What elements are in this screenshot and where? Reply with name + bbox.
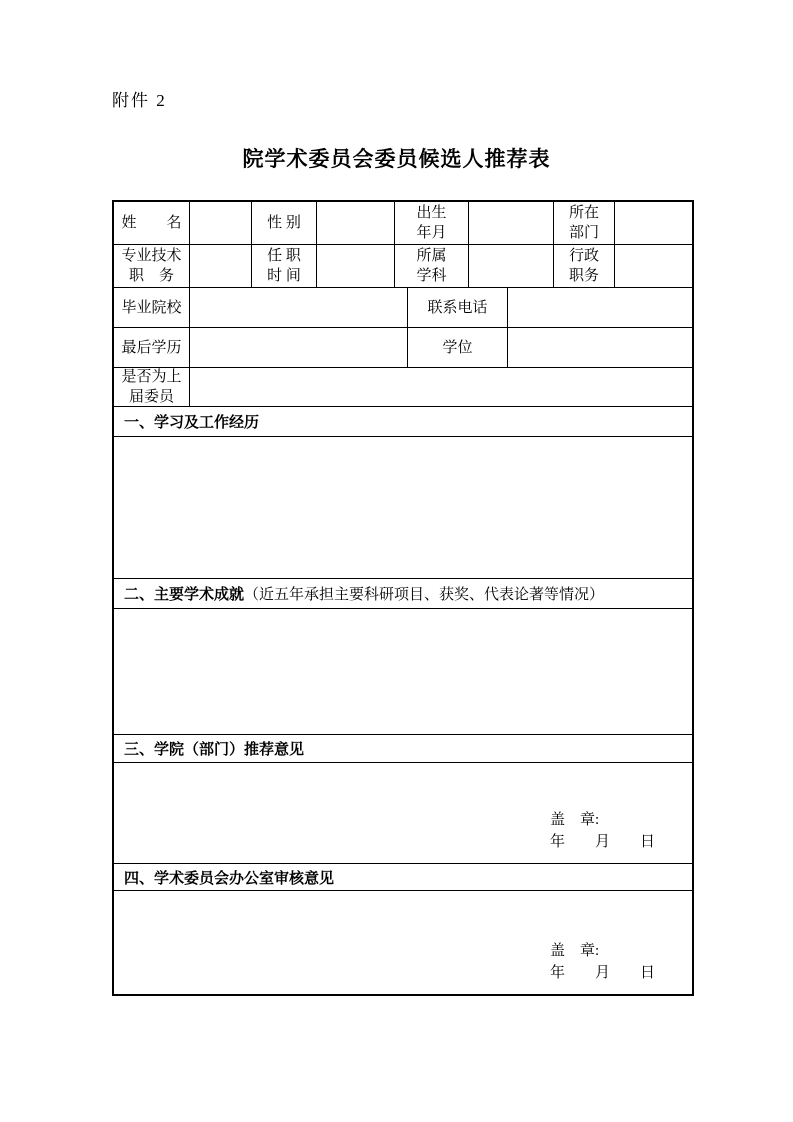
section-3-title: 三、学院（部门）推荐意见 bbox=[124, 738, 304, 759]
previous-member-label: 是否为上 届委员 bbox=[114, 368, 190, 406]
section-2-body[interactable] bbox=[114, 609, 692, 735]
tenure-time-value-cell[interactable] bbox=[317, 245, 395, 287]
last-degree-value-cell[interactable] bbox=[190, 328, 408, 367]
degree-value-cell[interactable] bbox=[508, 328, 692, 367]
table-row: 毕业院校 联系电话 bbox=[114, 288, 692, 328]
date-label: 年 月 日 bbox=[550, 965, 655, 981]
table-row: 姓 名 性 别 出生 年月 所在 部门 bbox=[114, 202, 692, 245]
discipline-label: 所属 学科 bbox=[395, 245, 469, 287]
table-row: 最后学历 学位 bbox=[114, 328, 692, 368]
degree-label: 学位 bbox=[408, 328, 508, 367]
gender-label: 性 别 bbox=[252, 202, 317, 244]
table-row: 是否为上 届委员 bbox=[114, 368, 692, 407]
date-label: 年 月 日 bbox=[550, 834, 655, 850]
section-3-header: 三、学院（部门）推荐意见 bbox=[114, 735, 692, 763]
attachment-label: 附件 2 bbox=[112, 86, 167, 111]
department-value-cell[interactable] bbox=[615, 202, 692, 244]
seal-label: 盖 章: bbox=[550, 812, 599, 828]
discipline-value-cell[interactable] bbox=[469, 245, 554, 287]
admin-post-value-cell[interactable] bbox=[615, 245, 692, 287]
section-2-header: 二、主要学术成就（近五年承担主要科研项目、获奖、代表论著等情况） bbox=[114, 579, 692, 609]
section-4-header: 四、学术委员会办公室审核意见 bbox=[114, 864, 692, 891]
alma-mater-label: 毕业院校 bbox=[114, 288, 190, 327]
birth-date-value-cell[interactable] bbox=[469, 202, 554, 244]
section-3-body[interactable]: 盖 章:年 月 日 bbox=[114, 763, 692, 864]
department-label: 所在 部门 bbox=[554, 202, 615, 244]
section-2-subtitle: （近五年承担主要科研项目、获奖、代表论著等情况） bbox=[244, 583, 604, 604]
name-value-cell[interactable] bbox=[190, 202, 252, 244]
gender-value-cell[interactable] bbox=[317, 202, 395, 244]
section-3-stamp-block: 盖 章:年 月 日 bbox=[550, 809, 692, 863]
birth-date-label: 出生 年月 bbox=[395, 202, 469, 244]
section-4-title: 四、学术委员会办公室审核意见 bbox=[124, 867, 334, 888]
previous-member-value-cell[interactable] bbox=[190, 368, 692, 406]
recommendation-form-table: 姓 名 性 别 出生 年月 所在 部门 专业技术 职 务 任 职 时 间 所属 … bbox=[112, 200, 694, 996]
section-2-title: 二、主要学术成就 bbox=[124, 583, 244, 604]
alma-mater-value-cell[interactable] bbox=[190, 288, 408, 327]
page-title: 院学术委员会委员候选人推荐表 bbox=[0, 143, 793, 173]
section-4-body[interactable]: 盖 章:年 月 日 bbox=[114, 891, 692, 994]
professional-title-value-cell[interactable] bbox=[190, 245, 252, 287]
contact-phone-value-cell[interactable] bbox=[508, 288, 692, 327]
tenure-time-label: 任 职 时 间 bbox=[252, 245, 317, 287]
section-1-title: 一、学习及工作经历 bbox=[124, 411, 259, 432]
professional-title-label: 专业技术 职 务 bbox=[114, 245, 190, 287]
last-degree-label: 最后学历 bbox=[114, 328, 190, 367]
name-label: 姓 名 bbox=[114, 202, 190, 244]
seal-label: 盖 章: bbox=[550, 943, 599, 959]
contact-phone-label: 联系电话 bbox=[408, 288, 508, 327]
section-1-body[interactable] bbox=[114, 437, 692, 579]
document-page: 附件 2 院学术委员会委员候选人推荐表 姓 名 性 别 出生 年月 所在 部门 … bbox=[0, 0, 793, 1122]
section-1-header: 一、学习及工作经历 bbox=[114, 407, 692, 437]
admin-post-label: 行政 职务 bbox=[554, 245, 615, 287]
table-row: 专业技术 职 务 任 职 时 间 所属 学科 行政 职务 bbox=[114, 245, 692, 288]
section-4-stamp-block: 盖 章:年 月 日 bbox=[550, 940, 692, 994]
